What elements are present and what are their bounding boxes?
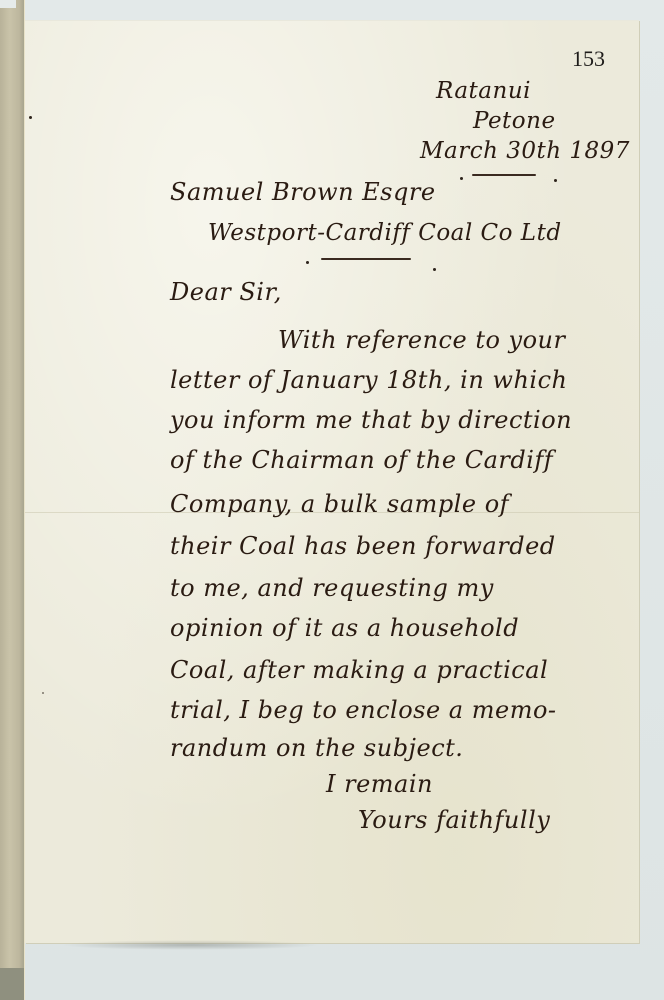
body-line-3: you inform me that by direction [170,406,572,434]
folio-number: 153 [572,46,605,72]
recipient-name: Samuel Brown Esqre [170,178,436,206]
address-line-1: Ratanui [436,78,531,104]
closing-signoff: Yours faithfully [358,806,550,834]
body-line-9: Coal, after making a practical [170,656,548,684]
body-line-2: letter of January 18th, in which [170,366,567,394]
binding-strip [0,0,25,1000]
body-line-4: of the Chairman of the Cardiff [170,446,553,474]
body-line-6: their Coal has been forwarded [170,532,556,560]
closing-remain: I remain [326,770,433,798]
paper-speck [42,692,44,694]
binding-strip-top [0,0,16,8]
binding-strip-bottom [0,968,24,1000]
letter-date: March 30th 1897 [420,138,630,164]
body-line-5: Company, a bulk sample of [170,490,509,518]
date-separator-line [472,174,536,176]
page-curl-shadow [60,940,320,950]
recipient-company: Westport-Cardiff Coal Co Ltd [208,220,562,246]
body-line-1: With reference to your [278,326,565,354]
separator-dot [433,268,436,271]
body-line-8: opinion of it as a household [170,614,519,642]
scan-background: 153 Ratanui Petone March 30th 1897 Samue… [0,0,664,1000]
body-line-11: randum on the subject. [170,734,463,762]
separator-dot [554,179,557,182]
paper-speck [29,116,32,119]
salutation: Dear Sir, [170,278,282,306]
body-line-7: to me, and requesting my [170,574,494,602]
address-line-2: Petone [473,108,556,134]
separator-dot [460,177,463,180]
body-line-10: trial, I beg to enclose a memo- [170,696,557,724]
separator-dot [306,261,309,264]
company-underline [321,258,411,260]
